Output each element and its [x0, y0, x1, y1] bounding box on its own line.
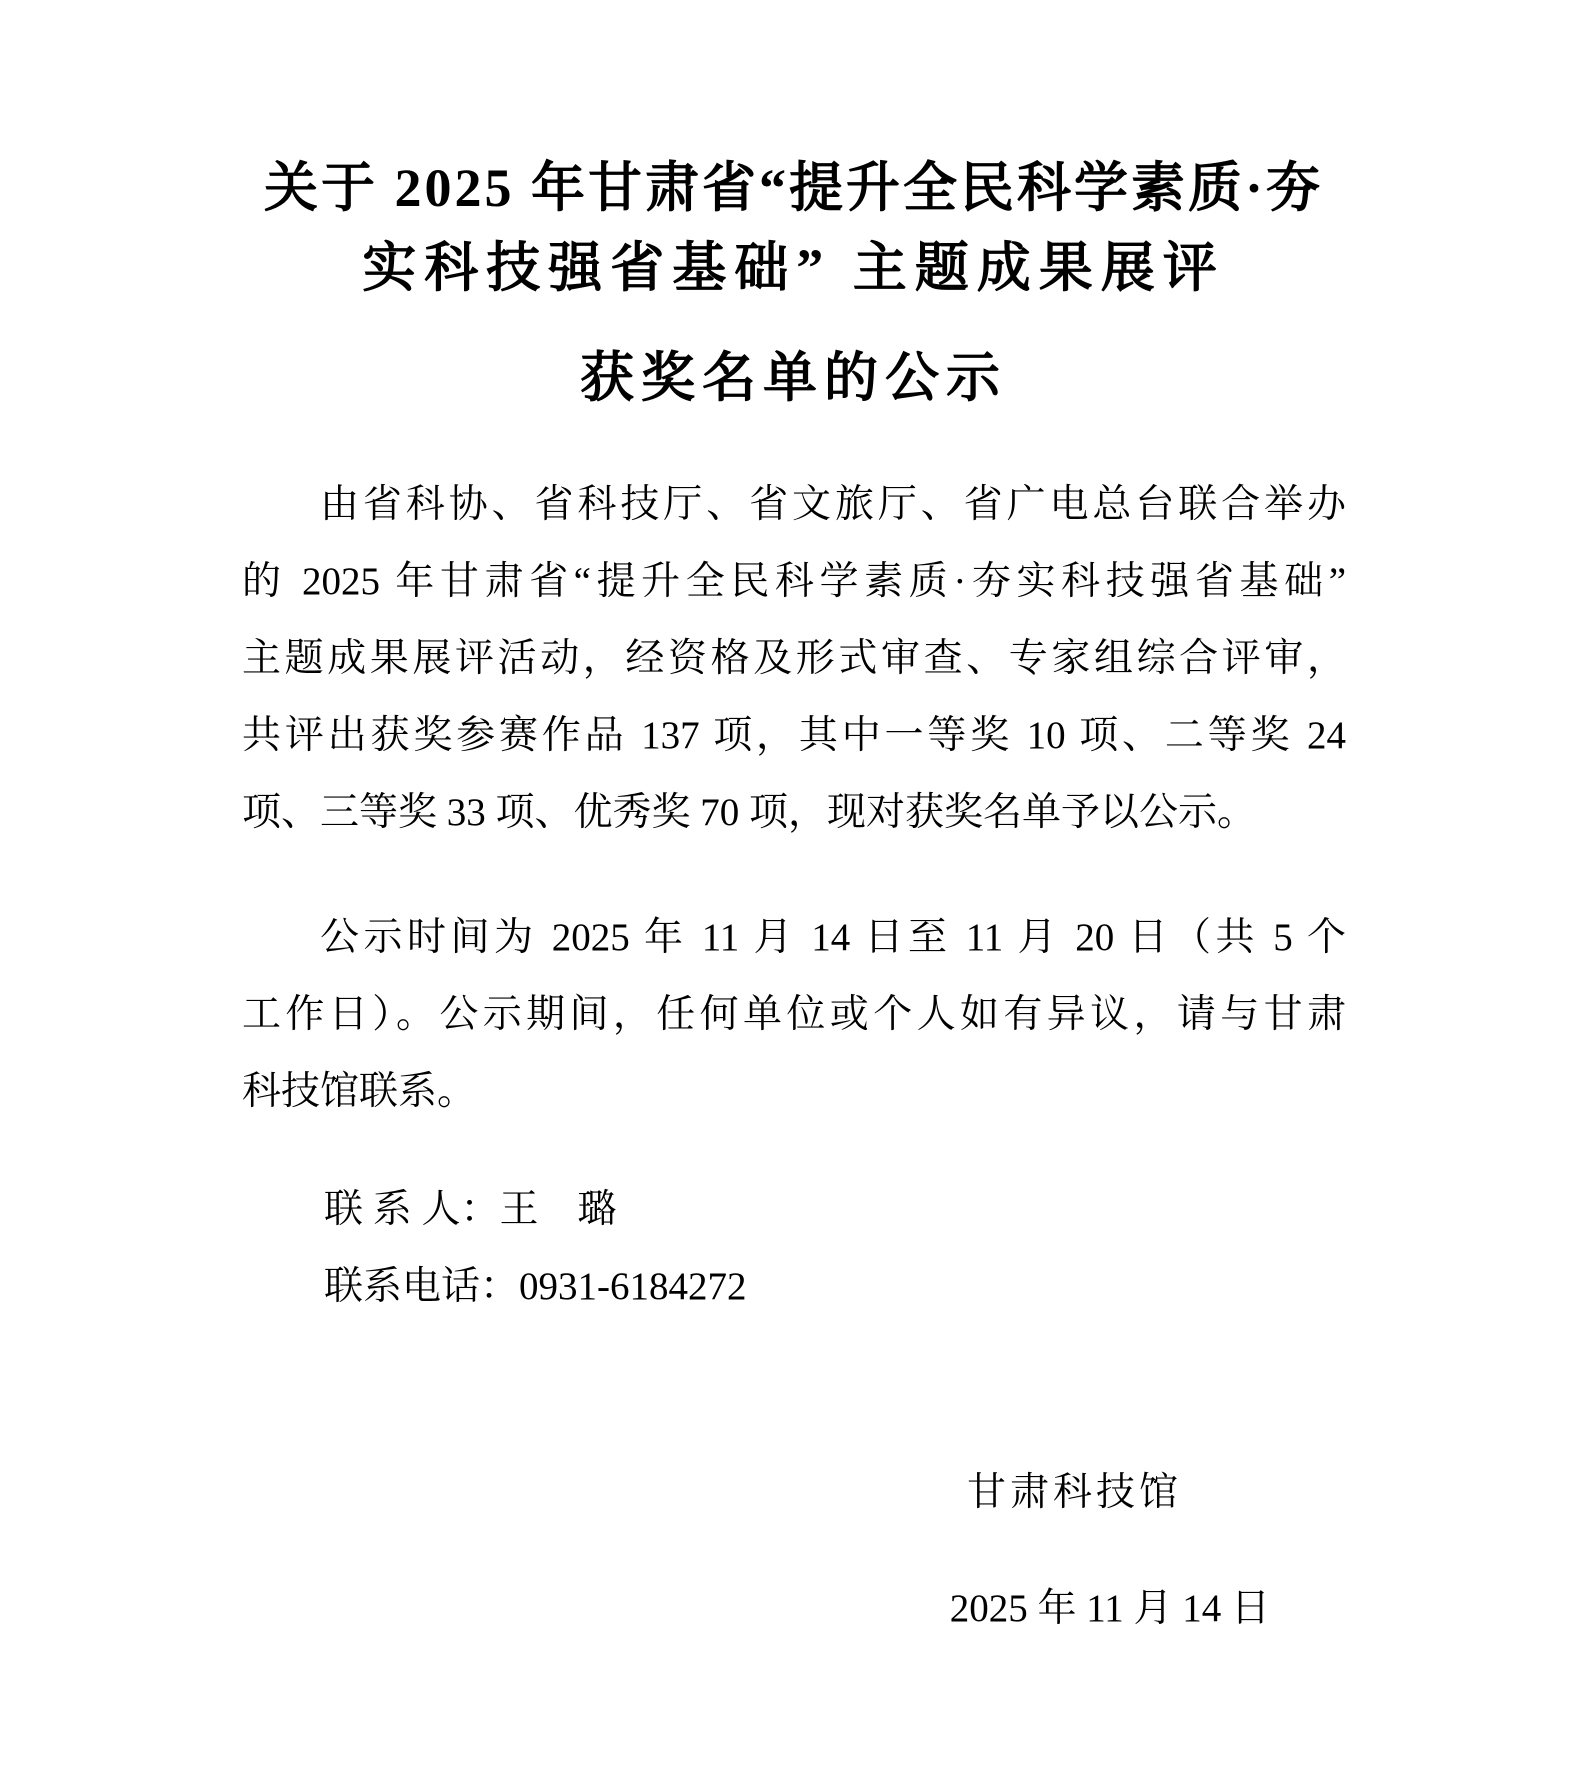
- signature-date: 2025 年 11 月 14 日: [242, 1570, 1346, 1647]
- paragraph-publicity-period: 公示时间为 2025 年 11 月 14 日至 11 月 20 日（共 5 个 …: [242, 899, 1346, 1130]
- contact-phone: 联系电话：0931-6184272: [242, 1248, 1346, 1325]
- para2-line-2: 工作日）。公示期间，任何单位或个人如有异议，请与甘肃: [242, 976, 1346, 1053]
- para1-line-2: 的 2025 年甘肃省“提升全民科学素质·夯实科技强省基础”: [242, 543, 1346, 620]
- signature-org: 甘肃科技馆: [242, 1454, 1346, 1531]
- title-line-1: 关于 2025 年甘肃省“提升全民科学素质·夯: [0, 148, 1587, 228]
- para1-line-5: 项、三等奖 33 项、优秀奖 70 项，现对获奖名单予以公示。: [242, 774, 1346, 851]
- para1-line-4: 共评出获奖参赛作品 137 项，其中一等奖 10 项、二等奖 24: [242, 697, 1346, 774]
- document-title: 关于 2025 年甘肃省“提升全民科学素质·夯 实科技强省基础” 主题成果展评 …: [0, 0, 1587, 418]
- para2-line-3: 科技馆联系。: [242, 1053, 1346, 1130]
- contact-info: 联 系 人：王 璐 联系电话：0931-6184272: [242, 1171, 1346, 1325]
- paragraph-awards-summary: 由省科协、省科技厅、省文旅厅、省广电总台联合举办 的 2025 年甘肃省“提升全…: [242, 466, 1346, 851]
- para2-line-1: 公示时间为 2025 年 11 月 14 日至 11 月 20 日（共 5 个: [242, 899, 1346, 976]
- title-line-3: 获奖名单的公示: [0, 338, 1587, 418]
- contact-person: 联 系 人：王 璐: [242, 1171, 1346, 1248]
- para1-line-1: 由省科协、省科技厅、省文旅厅、省广电总台联合举办: [242, 466, 1346, 543]
- document-body: 由省科协、省科技厅、省文旅厅、省广电总台联合举办 的 2025 年甘肃省“提升全…: [242, 466, 1346, 1647]
- document-page: 关于 2025 年甘肃省“提升全民科学素质·夯 实科技强省基础” 主题成果展评 …: [0, 0, 1587, 1789]
- title-line-2: 实科技强省基础” 主题成果展评: [0, 228, 1587, 308]
- para1-line-3: 主题成果展评活动，经资格及形式审查、专家组综合评审，: [242, 620, 1346, 697]
